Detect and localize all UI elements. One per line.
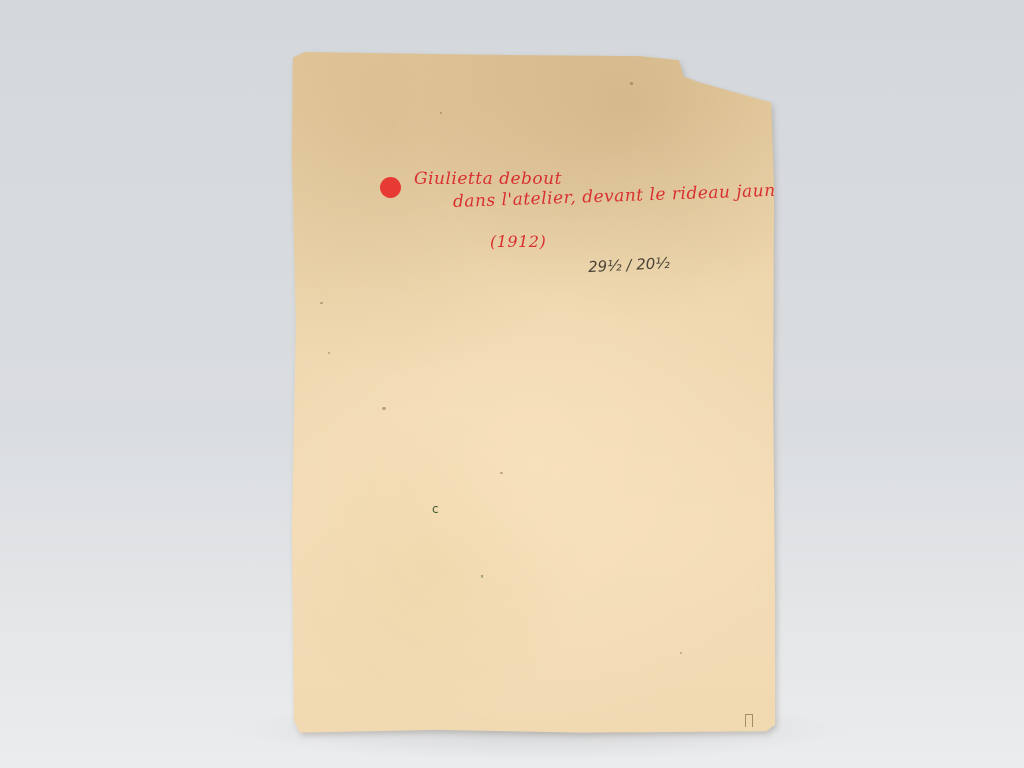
artwork-backing-board: c ⷯ Giulietta debout dans l'atelier, dev… (290, 52, 776, 734)
stain-speck (630, 82, 633, 85)
inscription-year: (1912) (490, 232, 546, 251)
green-mark: c (432, 502, 439, 516)
stain-speck (500, 472, 503, 474)
red-dot-icon (380, 177, 401, 198)
stain-speck (382, 407, 386, 410)
stain-speck (320, 302, 323, 304)
stain-speck (680, 652, 682, 654)
stain-speck (328, 352, 330, 354)
inscription-title: Giulietta debout (414, 169, 562, 189)
dimensions-note: 29½ / 20½ (588, 254, 671, 276)
corner-tear (745, 714, 753, 727)
stain-speck (440, 112, 442, 114)
paper-surface: c ⷯ Giulietta debout dans l'atelier, dev… (290, 52, 776, 734)
